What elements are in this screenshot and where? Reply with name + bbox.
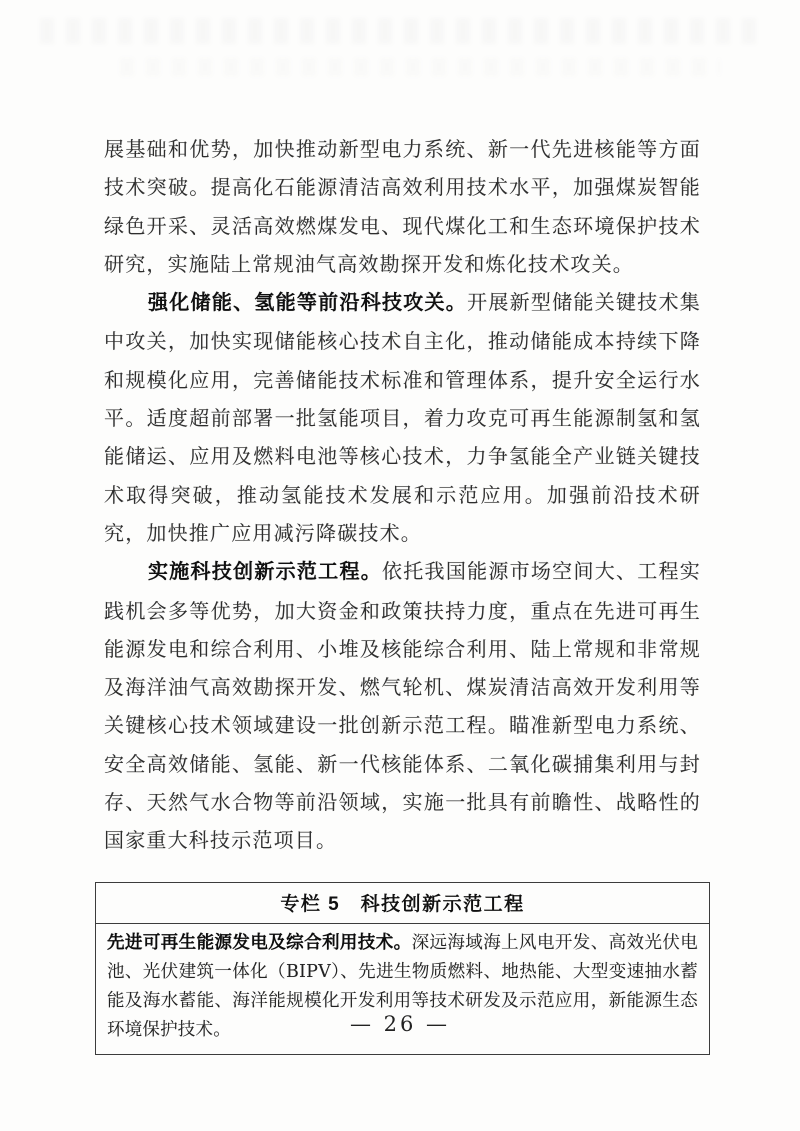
body-text: 展基础和优势，加快推动新型电力系统、新一代先进核能等方面技术突破。提高化石能源清… bbox=[104, 130, 701, 1055]
paragraph-text: 展基础和优势，加快推动新型电力系统、新一代先进核能等方面技术突破。提高化石能源清… bbox=[104, 137, 701, 276]
paragraph-text: 依托我国能源市场空间大、工程实践机会多等优势，加大资金和政策扶持力度，重点在先进… bbox=[104, 559, 701, 852]
callout-title: 专栏 5 科技创新示范工程 bbox=[96, 883, 709, 924]
paragraph-demonstration-projects: 实施科技创新示范工程。依托我国能源市场空间大、工程实践机会多等优势，加大资金和政… bbox=[104, 552, 701, 859]
page-number: — 26 — bbox=[0, 1012, 800, 1036]
paragraph-continuation: 展基础和优势，加快推动新型电力系统、新一代先进核能等方面技术突破。提高化石能源清… bbox=[104, 130, 701, 283]
paragraph-lead: 实施科技创新示范工程。 bbox=[148, 561, 382, 583]
scan-bleedthrough bbox=[40, 18, 760, 44]
paragraph-storage-hydrogen: 强化储能、氢能等前沿科技攻关。开展新型储能关键技术集中攻关，加快实现储能核心技术… bbox=[104, 283, 701, 552]
paragraph-lead: 强化储能、氢能等前沿科技攻关。 bbox=[148, 292, 467, 314]
page-number-text: — 26 — bbox=[350, 1012, 450, 1036]
callout-title-text: 专栏 5 科技创新示范工程 bbox=[280, 894, 524, 915]
callout-lead: 先进可再生能源发电及综合利用技术。 bbox=[107, 932, 412, 952]
scan-bleedthrough bbox=[120, 58, 720, 76]
paragraph-text: 开展新型储能关键技术集中攻关，加快实现储能核心技术自主化，推动储能成本持续下降和… bbox=[104, 290, 701, 545]
document-page: 展基础和优势，加快推动新型电力系统、新一代先进核能等方面技术突破。提高化石能源清… bbox=[0, 0, 800, 1131]
